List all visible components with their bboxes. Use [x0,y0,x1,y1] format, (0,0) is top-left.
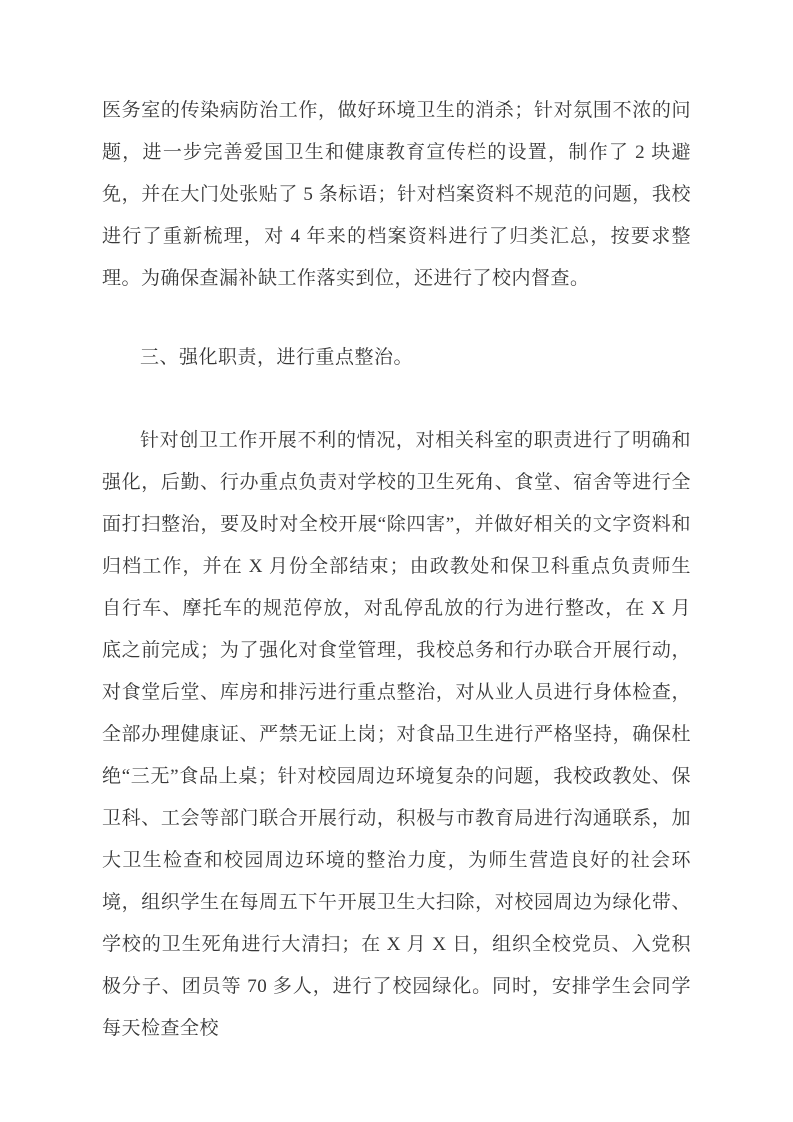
paragraph-continuation: 医务室的传染病防治工作，做好环境卫生的消杀；针对氛围不浓的问题，进一步完善爱国卫… [102,90,691,300]
section-heading: 三、强化职责，进行重点整治。 [102,337,691,379]
paragraph-body: 针对创卫工作开展不利的情况，对相关科室的职责进行了明确和强化，后勤、行办重点负责… [102,420,691,1050]
document-page: 医务室的传染病防治工作，做好环境卫生的消杀；针对氛围不浓的问题，进一步完善爱国卫… [0,0,793,1122]
